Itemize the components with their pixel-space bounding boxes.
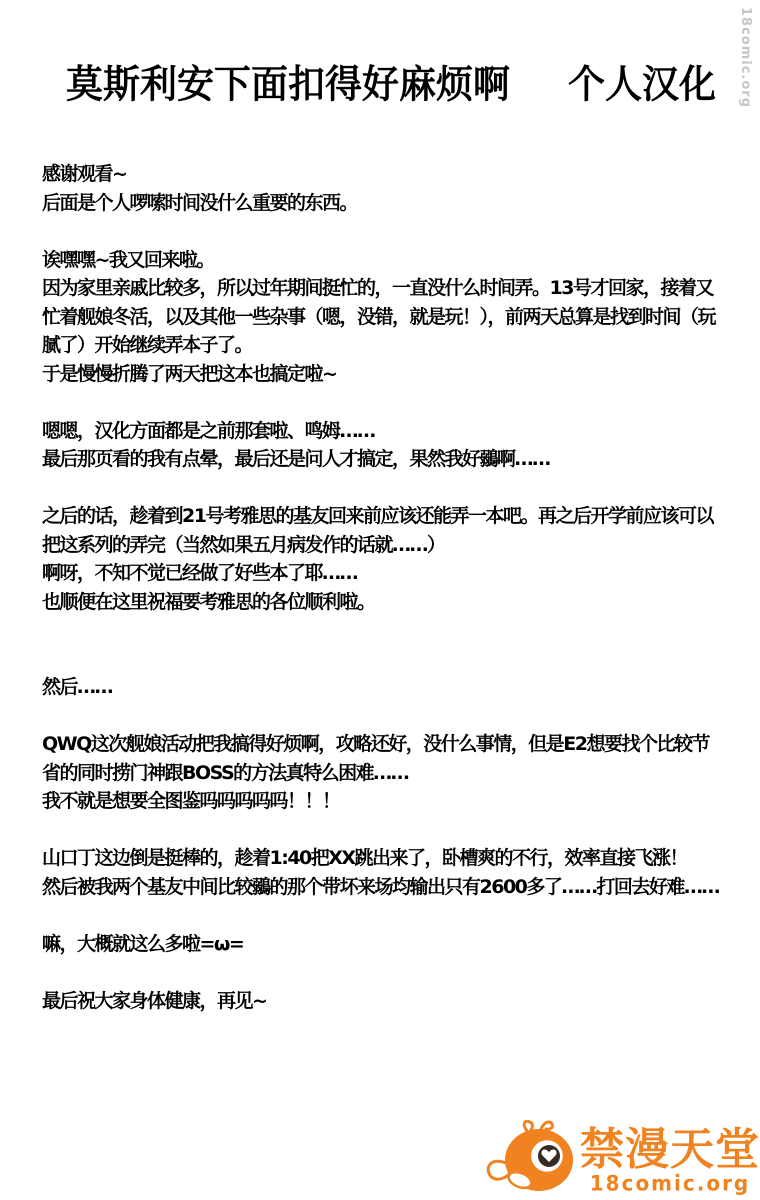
text-line: 然后…… (42, 673, 722, 702)
text-line: 于是慢慢折腾了两天把这本也搞定啦~ (42, 360, 722, 389)
afterword-paragraph: 最后祝大家身体健康，再见~ (42, 987, 722, 1016)
afterword-paragraph: 山口丁这边倒是挺棒的，趁着1:40把XX跳出来了，卧槽爽的不行，效率直接飞涨！ … (42, 844, 722, 901)
page-title: 莫斯利安下面扣得好麻烦啊个人汉化 (66, 53, 716, 109)
logo-text: 禁漫天堂 18comic.org (580, 1128, 760, 1194)
afterword-paragraph: 嗯嗯，汉化方面都是之前那套啦、鸣姆…… 最后那页看的我有点晕，最后还是问人才搞定… (42, 417, 722, 474)
text-line: 最后那页看的我有点晕，最后还是问人才搞定，果然我好鶸啊…… (42, 445, 722, 474)
whale-mascot-icon (486, 1118, 578, 1198)
text-line: 然后被我两个基友中间比较鶸的那个带坏来场均输出只有2600多了……打回去好难…… (42, 873, 722, 902)
afterword-paragraph: 感谢观看~ 后面是个人啰嗦时间没什么重要的东西。 (42, 160, 722, 217)
text-line: 啊呀，不知不觉已经做了好些本了耶…… (42, 559, 722, 588)
page-title-main: 莫斯利安下面扣得好麻烦啊 (66, 62, 510, 107)
afterword-paragraph: QWQ这次舰娘活动把我搞得好烦啊，攻略还好，没什么事情，但是E2想要找个比较节省… (42, 730, 722, 816)
afterword-page: 莫斯利安下面扣得好麻烦啊个人汉化 18comic.org 感谢观看~ 后面是个人… (0, 0, 760, 1200)
text-line: 也顺便在这里祝福要考雅思的各位顺利啦。 (42, 588, 722, 617)
afterword-paragraph: 诶嘿嘿~我又回来啦。 因为家里亲戚比较多，所以过年期间挺忙的，一直没什么时间弄。… (42, 246, 722, 389)
afterword-body: 感谢观看~ 后面是个人啰嗦时间没什么重要的东西。 诶嘿嘿~我又回来啦。 因为家里… (42, 160, 722, 1044)
afterword-paragraph: 嘛，大概就这么多啦=ω= (42, 930, 722, 959)
text-line: 山口丁这边倒是挺棒的，趁着1:40把XX跳出来了，卧槽爽的不行，效率直接飞涨！ (42, 844, 722, 873)
text-line: 因为家里亲戚比较多，所以过年期间挺忙的，一直没什么时间弄。13号才回家，接着又忙… (42, 274, 722, 360)
text-line: 最后祝大家身体健康，再见~ (42, 987, 722, 1016)
text-line: 嘛，大概就这么多啦=ω= (42, 930, 722, 959)
text-line: 诶嘿嘿~我又回来啦。 (42, 246, 722, 275)
text-line: 嗯嗯，汉化方面都是之前那套啦、鸣姆…… (42, 417, 722, 446)
site-url-text: 18comic.org (590, 1171, 751, 1194)
site-watermark-vertical: 18comic.org (738, 7, 753, 108)
afterword-paragraph: 然后…… (42, 673, 722, 702)
afterword-paragraph: 之后的话，趁着到21号考雅思的基友回来前应该还能弄一本吧。再之后开学前应该可以把… (42, 502, 722, 616)
text-line: QWQ这次舰娘活动把我搞得好烦啊，攻略还好，没什么事情，但是E2想要找个比较节省… (42, 730, 722, 787)
brand-name-text: 禁漫天堂 (580, 1128, 760, 1172)
text-line: 之后的话，趁着到21号考雅思的基友回来前应该还能弄一本吧。再之后开学前应该可以把… (42, 502, 722, 559)
page-title-tag: 个人汉化 (568, 62, 716, 107)
text-line: 我不就是想要全图鉴吗吗吗吗吗！！！ (42, 787, 722, 816)
text-line: 感谢观看~ (42, 160, 722, 189)
text-line: 后面是个人啰嗦时间没什么重要的东西。 (42, 189, 722, 218)
site-logo: 禁漫天堂 18comic.org (486, 1118, 754, 1198)
